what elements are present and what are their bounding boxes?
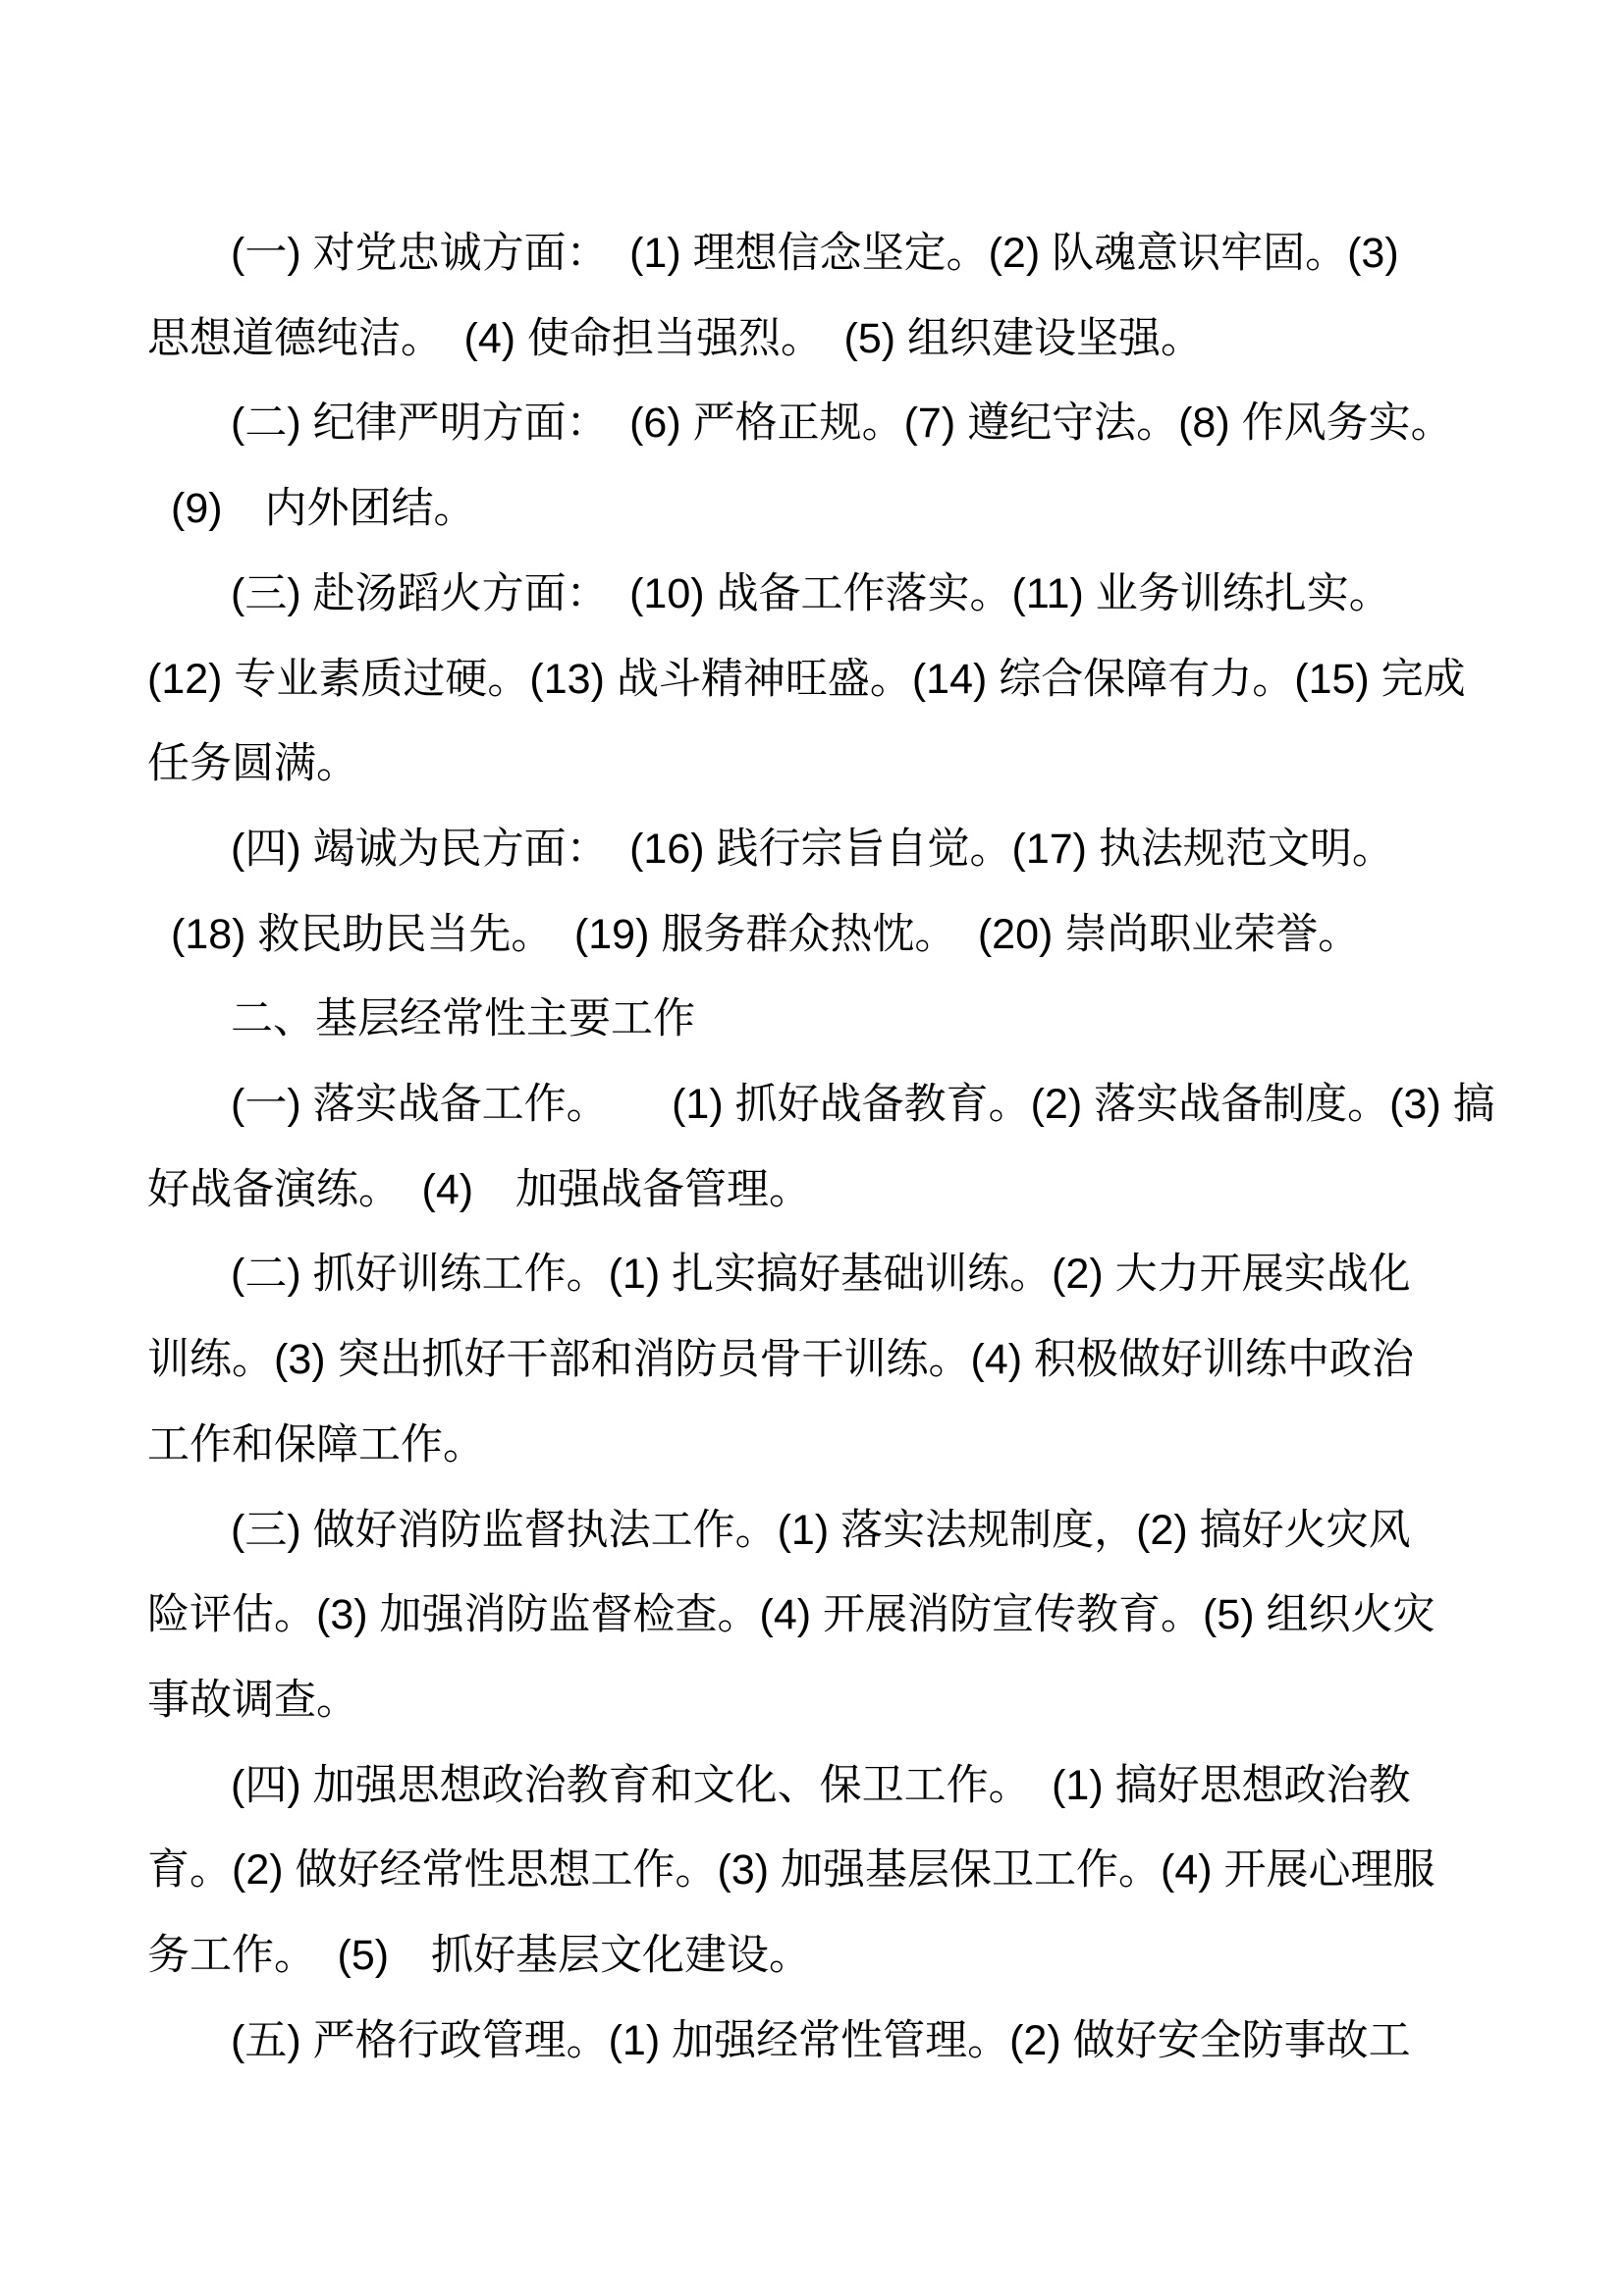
- document-line: 训练。(3) 突出抓好干部和消防员骨干训练。(4) 积极做好训练中政治: [147, 1317, 1496, 1403]
- document-page: (一) 对党忠诚方面： (1) 理想信念坚定。(2) 队魂意识牢固。(3)思想道…: [0, 0, 1624, 2296]
- document-line: 思想道德纯洁。 (4) 使命担当强烈。 (5) 组织建设坚强。: [147, 296, 1496, 382]
- document-line: 育。(2) 做好经常性思想工作。(3) 加强基层保卫工作。(4) 开展心理服: [147, 1828, 1496, 1913]
- section-heading-paragraph: 二、基层经常性主要工作: [147, 977, 1496, 1062]
- document-line: 险评估。(3) 加强消防监督检查。(4) 开展消防宣传教育。(5) 组织火灾: [147, 1573, 1496, 1658]
- document-line: (四) 竭诚为民方面： (16) 践行宗旨自觉。(17) 执法规范文明。: [147, 807, 1496, 892]
- paragraph: (一) 对党忠诚方面： (1) 理想信念坚定。(2) 队魂意识牢固。(3)思想道…: [147, 211, 1496, 381]
- paragraph: (三) 赴汤蹈火方面： (10) 战备工作落实。(11) 业务训练扎实。(12)…: [147, 552, 1496, 807]
- paragraph: (二) 纪律严明方面： (6) 严格正规。(7) 遵纪守法。(8) 作风务实。(…: [147, 381, 1496, 551]
- document-line: 务工作。 (5) 抓好基层文化建设。: [147, 1913, 1496, 1999]
- paragraph: (一) 落实战备工作。 (1) 抓好战备教育。(2) 落实战备制度。(3) 搞好…: [147, 1062, 1496, 1232]
- document-line: (二) 纪律严明方面： (6) 严格正规。(7) 遵纪守法。(8) 作风务实。: [147, 381, 1496, 466]
- document-line: (一) 落实战备工作。 (1) 抓好战备教育。(2) 落实战备制度。(3) 搞: [147, 1062, 1496, 1148]
- document-line: 事故调查。: [147, 1658, 1496, 1743]
- document-line: 好战备演练。 (4) 加强战备管理。: [147, 1148, 1496, 1233]
- document-line: 任务圆满。: [147, 721, 1496, 807]
- section-heading: 二、基层经常性主要工作: [147, 977, 1496, 1062]
- document-line: (9) 内外团结。: [147, 466, 1496, 552]
- document-line: (五) 严格行政管理。(1) 加强经常性管理。(2) 做好安全防事故工: [147, 1999, 1496, 2084]
- paragraph: (五) 严格行政管理。(1) 加强经常性管理。(2) 做好安全防事故工: [147, 1999, 1496, 2084]
- document-line: (12) 专业素质过硬。(13) 战斗精神旺盛。(14) 综合保障有力。(15)…: [147, 637, 1496, 722]
- document-line: (三) 做好消防监督执法工作。(1) 落实法规制度，(2) 搞好火灾风: [147, 1488, 1496, 1574]
- paragraph: (二) 抓好训练工作。(1) 扎实搞好基础训练。(2) 大力开展实战化训练。(3…: [147, 1232, 1496, 1487]
- document-line: (四) 加强思想政治教育和文化、保卫工作。 (1) 搞好思想政治教: [147, 1743, 1496, 1829]
- document-line: (三) 赴汤蹈火方面： (10) 战备工作落实。(11) 业务训练扎实。: [147, 552, 1496, 637]
- paragraph: (三) 做好消防监督执法工作。(1) 落实法规制度，(2) 搞好火灾风险评估。(…: [147, 1488, 1496, 1743]
- paragraph: (四) 加强思想政治教育和文化、保卫工作。 (1) 搞好思想政治教育。(2) 做…: [147, 1743, 1496, 1999]
- document-line: (一) 对党忠诚方面： (1) 理想信念坚定。(2) 队魂意识牢固。(3): [147, 211, 1496, 296]
- paragraph: (四) 竭诚为民方面： (16) 践行宗旨自觉。(17) 执法规范文明。(18)…: [147, 807, 1496, 977]
- document-line: (二) 抓好训练工作。(1) 扎实搞好基础训练。(2) 大力开展实战化: [147, 1232, 1496, 1317]
- document-line: 工作和保障工作。: [147, 1403, 1496, 1488]
- document-body: (一) 对党忠诚方面： (1) 理想信念坚定。(2) 队魂意识牢固。(3)思想道…: [147, 211, 1496, 2083]
- document-line: (18) 救民助民当先。 (19) 服务群众热忱。 (20) 崇尚职业荣誉。: [147, 892, 1496, 978]
